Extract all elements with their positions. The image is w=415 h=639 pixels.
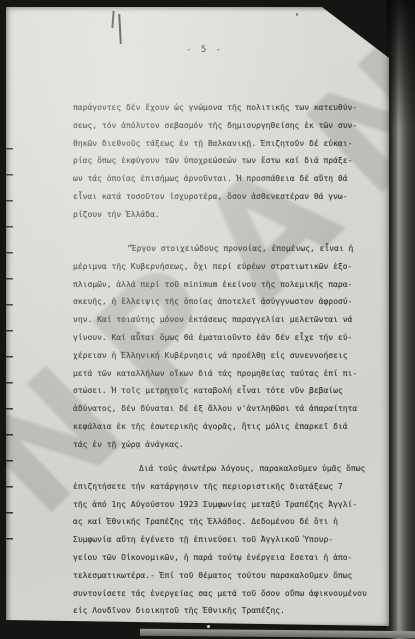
text-line: εἰς Λονδῖνον διοικητοῦ τῆς Ἐθνικῆς Τραπέ… <box>73 602 385 620</box>
text-line: ρίας ὅπως ἐκφύγουν τῶν ὑποχρεώσεών των ἔ… <box>73 152 385 170</box>
paragraph: παράγοντες δέν ἔχουν ὡς γνώμονα τῆς πολι… <box>73 99 385 224</box>
text-line: κεφάλαια ἐκ τῆς ἐσωτερικῆς ἀγορᾶς, ἥτις … <box>73 418 385 436</box>
pen-mark-icon <box>118 14 122 44</box>
paragraph: "Ἔργον στοιχειώδους προνοίας, ἑπομένως, … <box>73 240 385 454</box>
text-line: τάς ἐν τῇ χώρᾳ ἀνάγκας. <box>73 436 385 454</box>
text-line: Συμφωνία αὕτη ἐγένετο τῇ ἐπινεύσει τοῦ Ἀ… <box>73 531 385 549</box>
text-line: ρίζουν τήν Ἑλλάδα. <box>73 206 385 224</box>
document-page: ΝΡΑΝ - 5 - παράγοντες δέν ἔχουν ὡς γνώμο… <box>6 7 389 628</box>
text-line: Διά τούς ἀνωτέρω λόγους, παρακαλοῦμεν ὑμ… <box>139 460 385 478</box>
text-line: ων τάς ὁποίας ἐπισήμως ἀρνοῦνται. Ἡ προσ… <box>73 170 385 188</box>
text-line: στώσει. Ἡ τοῖς μετρητοῖς καταβολή εἶναι … <box>73 382 385 400</box>
text-line: τελεσματικωτέρα.- Ἐπί τοῦ θέματος τούτου… <box>73 567 385 585</box>
text-line: "Ἔργον στοιχειώδους προνοίας, ἑπομένως, … <box>127 240 385 258</box>
underlying-page-edge <box>140 629 415 638</box>
scanned-document-view: ΝΡΑΝ - 5 - παράγοντες δέν ἔχουν ὡς γνώμο… <box>0 0 415 639</box>
text-line: γείου τῶν Οἰκονομικῶν, ἡ παρά τούτῳ ἐνέρ… <box>73 549 385 567</box>
text-line: ἀδύνατος, δέν δύναται δέ ἐξ ἄλλου ν'ἀντλ… <box>73 400 385 418</box>
binding-tick-marks <box>6 148 13 553</box>
text-line: τῆς ἀπό 1ης Αὐγούστου 1923 Συμφωνίας μετ… <box>73 496 385 514</box>
text-line: νην. Καί τοιαύτης μόνον ἐκτάσεως παραγγε… <box>73 311 385 329</box>
text-line: ας καί Ἐθνικῆς Τραπέζης τῆς Ἑλλάδος. Δεδ… <box>73 513 385 531</box>
dust-speck <box>207 625 210 628</box>
text-line: θηκῶν διεθνοῦς τάξεως ἐν τῇ Βαλκανικῇ. Ἐ… <box>73 135 385 153</box>
paper-speck <box>296 13 298 16</box>
text-line: μετά τῶν καταλλήλων οἴκων διά τάς προμηθ… <box>73 365 385 383</box>
text-line: χέρειαν ἡ Ἑλληνική Κυβέρνησις νά προέλθῃ… <box>73 347 385 365</box>
text-line: σεως, τόν ἀπόλυτον σεβασμόν τῆς δημιουργ… <box>73 117 385 135</box>
text-line: μέριμνα τῆς Κυβερνήσεως, ὄχι περί εὐρέων… <box>73 258 385 276</box>
page-number: - 5 - <box>186 45 223 55</box>
text-line: συντονίσετε τάς ἐνεργείας σας μετά τοῦ ὅ… <box>73 585 385 603</box>
text-line: γίνουν. Καί αὗται ὅμως θά ἐματαιοῦντο ἐά… <box>73 329 385 347</box>
text-line: σκευῆς, ἡ ἔλλειψις τῆς ὁποίας ἀποτελεῖ ἀ… <box>73 293 385 311</box>
pen-mark-icon <box>111 11 114 28</box>
spine-top-shadow <box>386 0 415 130</box>
text-line: ἐπιζητήσετε τήν κατάργησιν τῆς περιοριστ… <box>73 478 385 496</box>
text-line: παράγοντες δέν ἔχουν ὡς γνώμονα τῆς πολι… <box>73 99 385 117</box>
text-line: εἶναι κατά τοσοῦτον ἰσχυροτέρα, ὅσον ἀσθ… <box>73 188 385 206</box>
paragraph: Διά τούς ἀνωτέρω λόγους, παρακαλοῦμεν ὑμ… <box>73 460 385 620</box>
text-line: πλισμῶν, ἀλλά περί τοῦ minimum ἐκείνου τ… <box>73 276 385 294</box>
